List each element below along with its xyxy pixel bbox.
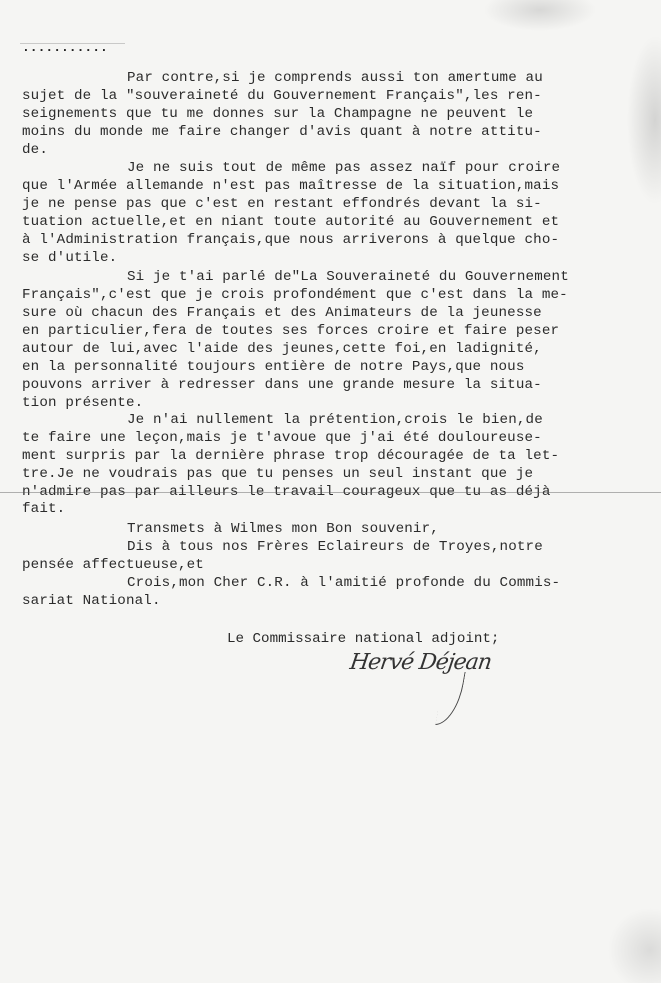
paragraph-2-line-6: se d'utile. [22, 249, 117, 267]
paragraph-3-line-3: sure où chacun des Français et des Anima… [22, 304, 542, 322]
paragraph-1-line-3: seignements que tu me donnes sur la Cham… [22, 105, 533, 123]
paragraph-3-line-2: Français",c'est que je crois profondémen… [22, 286, 568, 304]
closing-line-4: Crois,mon Cher C.R. à l'amitié profonde … [22, 574, 560, 592]
paragraph-1-line-4: moins du monde me faire changer d'avis q… [22, 123, 542, 141]
fold-line [0, 492, 661, 493]
signature-flourish [435, 672, 465, 725]
signatory-title: Le Commissaire national adjoint; [227, 631, 499, 647]
paragraph-2-line-4: tuation actuelle,et en niant toute autor… [22, 213, 559, 231]
handwritten-signature: Hervé Déjean [348, 650, 492, 675]
paragraph-2-line-3: je ne pense pas que c'est en restant eff… [22, 195, 542, 213]
closing-line-5: sariat National. [22, 592, 161, 610]
paragraph-2-line-2: que l'Armée allemande n'est pas maîtress… [22, 177, 559, 195]
closing-line-1: Transmets à Wilmes mon Bon souvenir, [22, 520, 439, 538]
paragraph-4-line-3: ment surpris par la dernière phrase trop… [22, 447, 559, 465]
closing-line-2: Dis à tous nos Frères Eclaireurs de Troy… [22, 538, 543, 556]
paragraph-2-line-1: Je ne suis tout de même pas assez naïf p… [22, 159, 560, 177]
closing-line-3: pensée affectueuse,et [22, 556, 204, 574]
paragraph-4-line-4: tre.Je ne voudrais pas que tu penses un … [22, 465, 533, 483]
paragraph-3-line-4: en particulier,fera de toutes ses forces… [22, 322, 559, 340]
paragraph-3-line-1: Si je t'ai parlé de"La Souveraineté du G… [22, 268, 569, 286]
paragraph-1-line-1: Par contre,si je comprends aussi ton ame… [22, 69, 543, 87]
paragraph-4-line-1: Je n'ai nullement la prétention,crois le… [22, 411, 543, 429]
paragraph-1-line-5: de. [22, 141, 48, 159]
paragraph-1-line-2: sujet de la "souveraineté du Gouvernemen… [22, 87, 542, 105]
paragraph-2-line-5: à l'Administration français,que nous arr… [22, 231, 559, 249]
paragraph-3-line-5: autour de lui,avec l'aide des jeunes,cet… [22, 340, 542, 358]
paragraph-3-line-7: pouvons arriver à redresser dans une gra… [22, 376, 542, 394]
paragraph-3-line-6: en la personnalité toujours entière de n… [22, 358, 525, 376]
paragraph-3-line-8: tion présente. [22, 394, 143, 412]
paragraph-4-line-2: te faire une leçon,mais je t'avoue que j… [22, 429, 542, 447]
paragraph-4-line-6: fait. [22, 500, 65, 518]
header-dots: ........... [22, 40, 108, 55]
scanned-letter-page: ........... Par contre,si je comprends a… [0, 0, 661, 983]
